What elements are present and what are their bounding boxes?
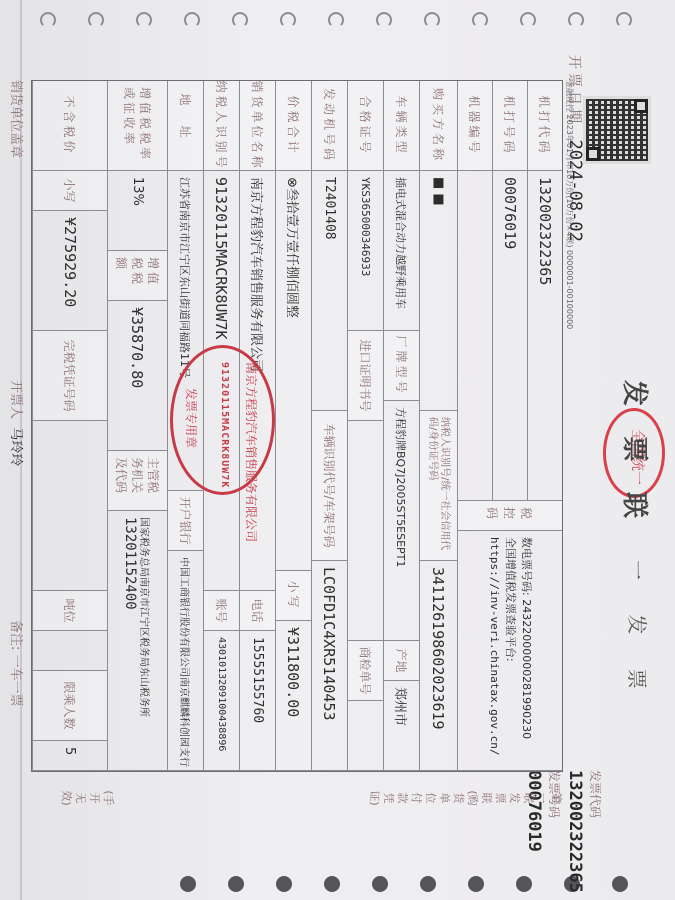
bank: 中国工商银行股份有限公司南京麒麟科创园支行 [167, 551, 203, 771]
invoice-code: 132002322365 [565, 770, 585, 893]
buyer-id: 341126198602023619 [419, 561, 457, 771]
label-origin: 产地 [383, 641, 419, 681]
label-vin: 车辆识别代号/车架号码 [311, 411, 347, 561]
label-machine-id: 机器编号 [457, 81, 492, 171]
label-tonnage: 吨位 [32, 591, 107, 631]
label-phone: 电话 [239, 591, 275, 631]
import-cert [347, 421, 383, 641]
buyer-name: ■ ■ [419, 171, 457, 411]
vin: LC0FD1C4XR5140453 [311, 561, 347, 771]
seller-invoice-seal: 南京方程豹汽车销售服务有限公司 91320115MACRK8UW7K 发票专用章 [170, 345, 275, 495]
label-machine-number: 机打号码 [492, 81, 527, 171]
issuer-block: 开票人 马玲玲 [8, 380, 27, 466]
label-buyer-id: 纳税人识别号/统一社会信用代码/身份证号码 [419, 411, 457, 561]
label-address: 地址 [167, 81, 203, 171]
hand-void-note: (手开无效) [59, 788, 115, 808]
label-account: 账号 [203, 591, 239, 631]
print-info: 金融税控 2023年01月印10万份(10万份×4联) 0000001-0010… [564, 80, 575, 329]
tax-control-area: 数电票号码: 24322000000281990230 全国增值税发票查验平台:… [457, 531, 562, 771]
label-total-small: 小写 [275, 571, 311, 621]
label-vat-amount: 增值税税额 [107, 251, 167, 301]
label-vat-rate: 增值税税率或征收率 [107, 81, 167, 171]
total-amount: ¥311800.00 [275, 621, 311, 771]
label-tax-control: 税控码 [457, 501, 562, 531]
duty-cert [32, 421, 107, 591]
machine-code: 132002322365 [527, 171, 562, 501]
brand-model: 方程豹牌BQ7J2005ST5ESEPT1 [383, 401, 419, 641]
label-buyer-name: 购买方名称 [419, 81, 457, 171]
label-total: 价税合计 [275, 81, 311, 171]
label-capacity: 限乘人数 [32, 671, 107, 741]
machine-id [457, 171, 492, 501]
capacity: 5 [32, 741, 107, 771]
tax-authority: 国家税务总局南京市江宁区税务局东山税务所 13201152400 [107, 511, 167, 771]
rotated-invoice: 开票日期 2024-08-02 全国统一 发票联 一 发 票 发票代码 1320… [0, 0, 675, 900]
vat-rate: 13% [107, 171, 167, 251]
label-bank: 开户银行 [167, 491, 203, 551]
tonnage [32, 631, 107, 671]
certificate-number: YKS365000346933 [347, 171, 383, 331]
label-seller-tax-id: 纳税人识别号 [203, 81, 239, 171]
label-duty-cert: 完税凭证号码 [32, 331, 107, 421]
total-uppercase: ⊗叁拾壹万壹仟捌佰圆整 [275, 171, 311, 571]
engine-number: T2401408 [311, 171, 347, 411]
invoice-table: 机打代码 132002322365 机打号码 00076019 机器编号 税控码… [31, 80, 563, 772]
issuer-name: 马玲玲 [8, 427, 23, 466]
label-machine-code: 机打代码 [527, 81, 562, 171]
seller-stamp-label: 销货单位盖章 [8, 80, 27, 158]
label-inspection: 商检单号 [347, 641, 383, 701]
title-copy: 发票联 [618, 380, 655, 548]
label-vehicle-type: 车辆类型 [383, 81, 419, 171]
invoice-title: 全国统一 发票联 一 发 票 [603, 380, 663, 780]
remark: 备注: 一车一票 [8, 620, 27, 707]
label-engine: 发动机号码 [311, 81, 347, 171]
label-price-excl: 不含税价 [32, 81, 107, 171]
copy-side-note: 第一联 发票联 (购货单位付款凭证) [367, 788, 563, 808]
label-import-cert: 进口证明书号 [347, 331, 383, 421]
price-excl-tax: ¥275929.20 [32, 211, 107, 331]
machine-number: 00076019 [492, 171, 527, 501]
label-tax-authority: 主管税务机关及代码 [107, 451, 167, 511]
qr-code [583, 96, 651, 164]
origin: 郑州市 [383, 681, 419, 771]
label-certificate: 合格证号 [347, 81, 383, 171]
vat-amount: ¥35870.80 [107, 301, 167, 451]
label-price-small: 小写 [32, 171, 107, 211]
title-right: 一 发 票 [624, 560, 653, 703]
label-seller-name: 销货单位名称 [239, 81, 275, 171]
label-brand-model: 厂牌型号 [383, 331, 419, 401]
inspection [347, 701, 383, 771]
account: 4301013209100438896 [203, 631, 239, 771]
phone: 15555155760 [239, 631, 275, 771]
vehicle-type: 插电式混合动力越野乘用车 [383, 171, 419, 331]
invoice-number: 00076019 [524, 770, 544, 852]
